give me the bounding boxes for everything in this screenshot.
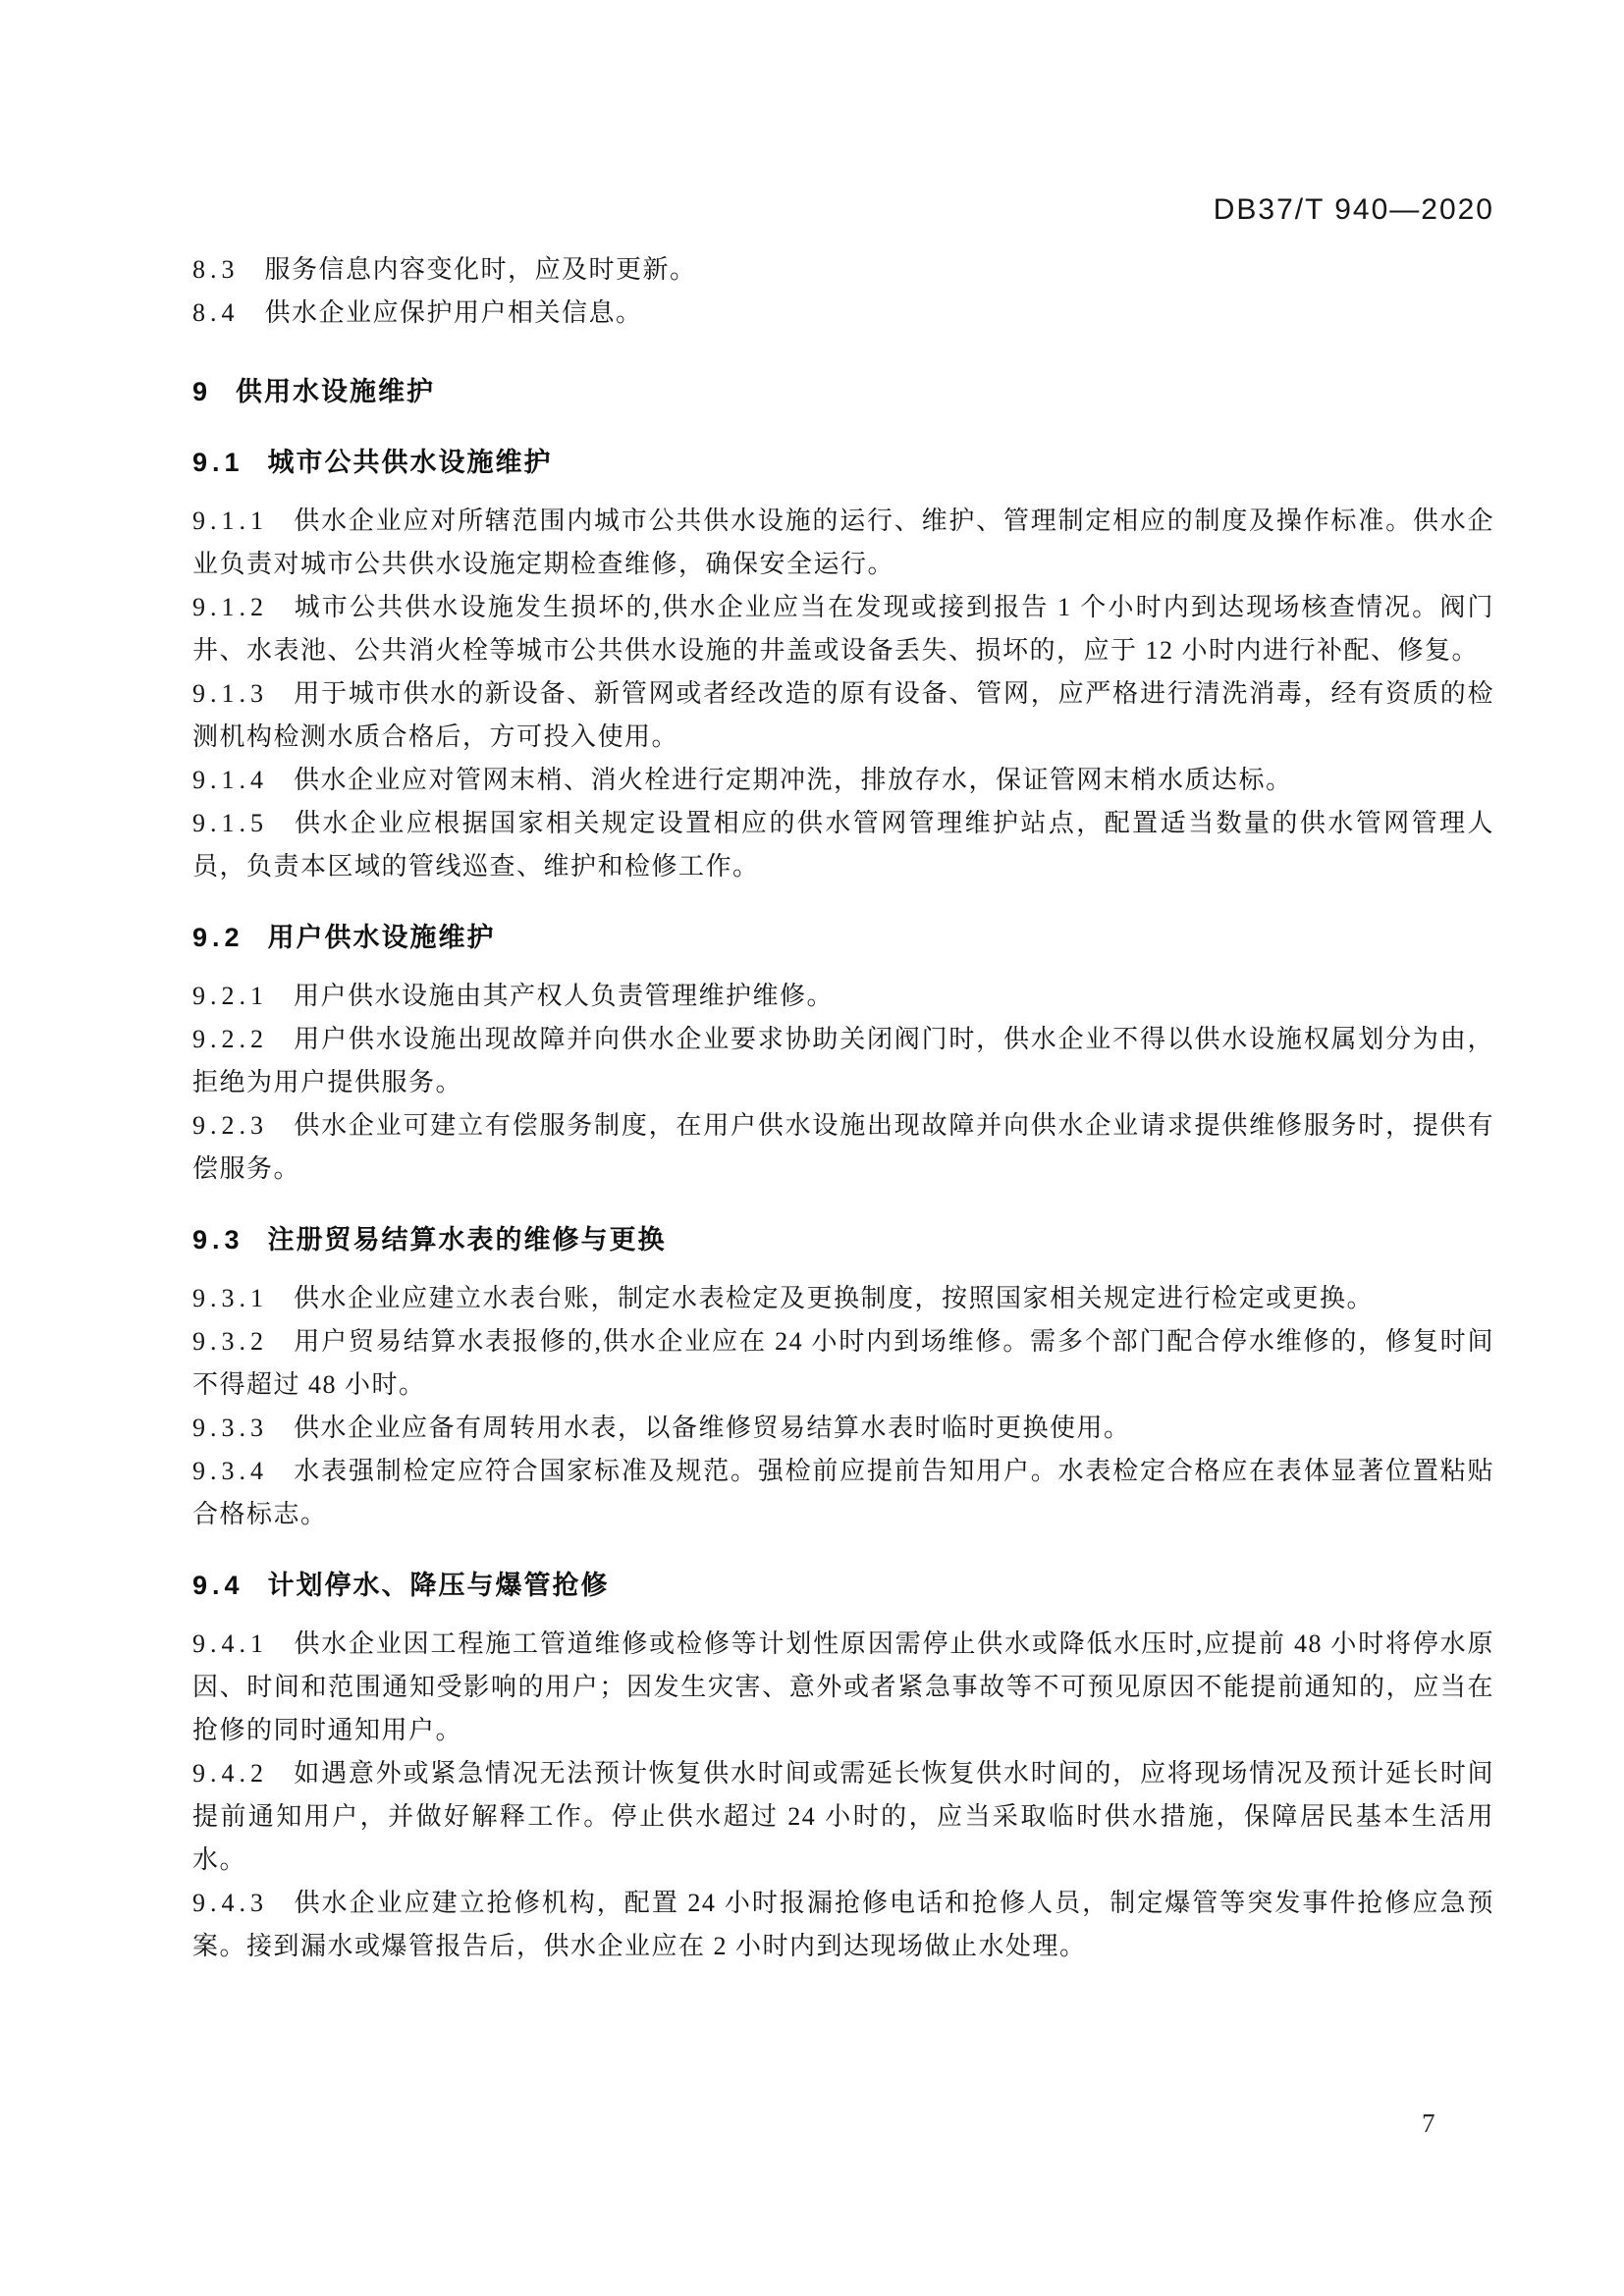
clause-text: 供水企业应对管网末梢、消火栓进行定期冲洗，排放存水，保证管网末梢水质达标。 [294,766,1293,794]
clause-text: 用户供水设施由其产权人负责管理维护维修。 [294,982,834,1010]
heading-9.2: 9.2用户供水设施维护 [192,916,1494,959]
clause-number: 9.1 [192,448,244,477]
heading-9.1: 9.1城市公共供水设施维护 [192,441,1494,484]
heading-9.4: 9.4计划停水、降压与爆管抢修 [192,1564,1494,1607]
clause-text: 用户供水设施维护 [268,923,496,952]
clause-number: 9.3.1 [192,1284,268,1312]
clause-number: 9.2.2 [192,1025,268,1053]
clause-number: 9.3 [192,1225,244,1255]
header-standard-reference: DB37/T 940—2020 [192,192,1494,228]
clause-text: 服务信息内容变化时，应及时更新。 [265,255,697,284]
clause-9.2.1: 9.2.1用户供水设施由其产权人负责管理维护维修。 [192,975,1494,1018]
document-content: 8.3服务信息内容变化时，应及时更新。8.4供水企业应保护用户相关信息。9供用水… [192,248,1494,1968]
clause-9.3.2: 9.3.2用户贸易结算水表报修的,供水企业应在 24 小时内到场维修。需多个部门… [192,1320,1494,1407]
clause-text: 用户供水设施出现故障并向供水企业要求协助关闭阀门时，供水企业不得以供水设施权属划… [192,1025,1494,1096]
clause-9.1.2: 9.1.2城市公共供水设施发生损坏的,供水企业应当在发现或接到报告 1 个小时内… [192,586,1494,672]
clause-number: 9.3.3 [192,1414,268,1442]
clause-text: 如遇意外或紧急情况无法预计恢复供水时间或需延长恢复供水时间的，应将现场情况及预计… [192,1759,1494,1874]
clause-number: 8.4 [192,298,240,327]
clause-text: 供水企业因工程施工管道维修或检修等计划性原因需停止供水或降低水压时,应提前 48… [192,1629,1494,1744]
clause-number: 9.3.4 [192,1457,268,1485]
clause-9.2.3: 9.2.3供水企业可建立有偿服务制度，在用户供水设施出现故障并向供水企业请求提供… [192,1104,1494,1191]
clause-text: 注册贸易结算水表的维修与更换 [268,1225,667,1255]
clause-text: 供水企业应建立水表台账，制定水表检定及更换制度，按照国家相关规定进行检定或更换。 [294,1284,1374,1312]
clause-9.3.4: 9.3.4水表强制检定应符合国家标准及规范。强检前应提前告知用户。水表检定合格应… [192,1450,1494,1536]
heading-9: 9供用水设施维护 [192,370,1494,413]
clause-number: 9.1.3 [192,679,268,708]
clause-number: 9.3.2 [192,1327,268,1356]
clause-9.1.4: 9.1.4供水企业应对管网末梢、消火栓进行定期冲洗，排放存水，保证管网末梢水质达… [192,759,1494,802]
clause-number: 9.2.1 [192,982,268,1010]
clause-text: 用户贸易结算水表报修的,供水企业应在 24 小时内到场维修。需多个部门配合停水维… [192,1327,1494,1399]
clause-text: 供用水设施维护 [236,377,435,406]
clause-text: 计划停水、降压与爆管抢修 [268,1571,610,1600]
heading-9.3: 9.3注册贸易结算水表的维修与更换 [192,1218,1494,1261]
clause-9.1.3: 9.1.3用于城市供水的新设备、新管网或者经改造的原有设备、管网，应严格进行清洗… [192,672,1494,759]
clause-number: 9.1.1 [192,507,268,535]
clause-text: 供水企业可建立有偿服务制度，在用户供水设施出现故障并向供水企业请求提供维修服务时… [192,1111,1494,1183]
clause-text: 供水企业应根据国家相关规定设置相应的供水管网管理维护站点，配置适当数量的供水管网… [192,809,1494,881]
clause-number: 9.1.4 [192,766,268,794]
clause-number: 9.4.3 [192,1889,268,1917]
clause-number: 8.3 [192,255,240,284]
clause-text: 用于城市供水的新设备、新管网或者经改造的原有设备、管网，应严格进行清洗消毒，经有… [192,679,1494,751]
clause-text: 城市公共供水设施维护 [268,448,553,477]
clause-number: 9.4 [192,1571,244,1600]
clause-text: 供水企业应对所辖范围内城市公共供水设施的运行、维护、管理制定相应的制度及操作标准… [192,507,1494,578]
clause-number: 9.1.5 [192,809,268,837]
clause-text: 供水企业应建立抢修机构，配置 24 小时报漏抢修电话和抢修人员，制定爆管等突发事… [192,1889,1494,1960]
clause-text: 供水企业应保护用户相关信息。 [265,298,643,327]
page-number: 7 [1422,2109,1435,2139]
clause-number: 9 [192,377,212,406]
standard-document-page: DB37/T 940—2020 8.3服务信息内容变化时，应及时更新。8.4供水… [0,0,1624,2296]
clause-number: 9.4.1 [192,1629,268,1658]
clause-9.4.3: 9.4.3供水企业应建立抢修机构，配置 24 小时报漏抢修电话和抢修人员，制定爆… [192,1882,1494,1968]
clause-text: 水表强制检定应符合国家标准及规范。强检前应提前告知用户。水表检定合格应在表体显著… [192,1457,1494,1528]
clause-9.4.1: 9.4.1供水企业因工程施工管道维修或检修等计划性原因需停止供水或降低水压时,应… [192,1623,1494,1752]
clause-number: 9.2 [192,923,244,952]
clause-9.2.2: 9.2.2用户供水设施出现故障并向供水企业要求协助关闭阀门时，供水企业不得以供水… [192,1018,1494,1104]
clause-9.3.3: 9.3.3供水企业应备有周转用水表，以备维修贸易结算水表时临时更换使用。 [192,1407,1494,1450]
clause-9.1.1: 9.1.1供水企业应对所辖范围内城市公共供水设施的运行、维护、管理制定相应的制度… [192,500,1494,586]
clause-9.3.1: 9.3.1供水企业应建立水表台账，制定水表检定及更换制度，按照国家相关规定进行检… [192,1277,1494,1320]
clause-number: 9.4.2 [192,1759,268,1788]
clause-9.4.2: 9.4.2如遇意外或紧急情况无法预计恢复供水时间或需延长恢复供水时间的，应将现场… [192,1752,1494,1882]
clause-number: 9.2.3 [192,1111,268,1140]
clause-text: 城市公共供水设施发生损坏的,供水企业应当在发现或接到报告 1 个小时内到达现场核… [192,593,1494,665]
clause-text: 供水企业应备有周转用水表，以备维修贸易结算水表时临时更换使用。 [294,1414,1131,1442]
clause-8.3: 8.3服务信息内容变化时，应及时更新。 [192,248,1494,292]
clause-9.1.5: 9.1.5供水企业应根据国家相关规定设置相应的供水管网管理维护站点，配置适当数量… [192,802,1494,888]
clause-number: 9.1.2 [192,593,268,621]
clause-8.4: 8.4供水企业应保护用户相关信息。 [192,292,1494,335]
